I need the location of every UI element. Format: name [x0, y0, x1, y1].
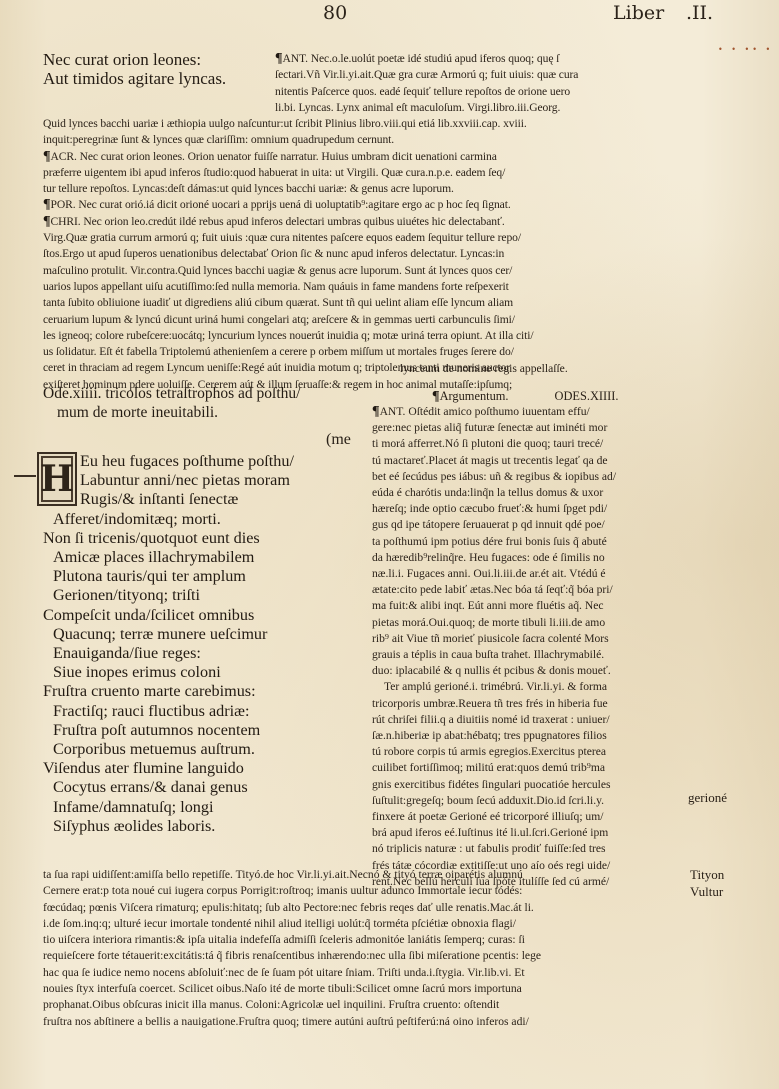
commentary-line: li.bi. Lyncas. Lynx animal eſt maculoſum…: [275, 100, 690, 116]
marginal-note-gerione: gerioné: [688, 790, 727, 806]
commentary-line: ACR. Nec curat orion leones. Orion uenat…: [50, 150, 496, 163]
poem-line: Viſendus ater flumine languido: [43, 759, 294, 778]
commentary-line: POR. Nec curat orió.iá dicit orioné uoca…: [50, 198, 510, 211]
commentary-line: finxere át poetæ Gerioné eé tricorporé i…: [372, 809, 690, 825]
commentary-line: ſectari.Vñ Vir.li.yi.ait.Quæ gra curæ Ar…: [275, 67, 690, 83]
commentary-line: Cernere erat:p tota noué cui iugera corp…: [43, 883, 688, 899]
ode-title-line: mum de morte ineuitabili.: [43, 403, 300, 422]
commentary-line: maſculino protulit. Vir.contra.Quid lync…: [43, 263, 688, 279]
commentary-line: ta poſthumú ipm potius dére frui bonis ſ…: [372, 534, 690, 550]
bottom-commentary: ta ſua rapi uidiſſent:amiſſa bello repet…: [43, 867, 688, 1030]
commentary-centered-line: lynceum de nomine regis appellaſſe.: [400, 362, 568, 375]
commentary-line: tú robore corpis tú armis egregios.Exerc…: [372, 744, 690, 760]
poem-line: Fruſtra poſt autumnos nocentem: [43, 721, 294, 740]
marginal-note-tityon: Tityon: [690, 867, 724, 883]
folio-number: 80: [323, 2, 347, 24]
poem-line: Siue inopes erimus coloni: [43, 663, 294, 682]
commentary-line: les igneoq; colore rubeſcere:uocátq; lyn…: [43, 328, 688, 344]
poem-line: Afferet/indomitæq; morti.: [43, 510, 294, 529]
commentary-line: ſtos.Ergo ut apud ſuperos uenationibus d…: [43, 246, 688, 262]
commentary-line: i.de ſom.inq:q; ulturé iecur imortale to…: [43, 916, 688, 932]
running-title: Liber: [613, 2, 664, 24]
commentary-line: ceruarium lupum & lyncú dicunt uriná hum…: [43, 312, 688, 328]
poem-line: Gerionen/tityonq; triſti: [43, 586, 294, 605]
poem-line: Eu heu fugaces poſthume poſthu/: [43, 452, 294, 471]
argument-label: Argumentum.: [440, 389, 509, 403]
argument-heading: ¶Argumentum.ODES.XIIII.: [432, 389, 619, 405]
poem-line: Cocytus errans/& danai genus: [43, 778, 294, 797]
poem-line: Quacunq; terræ munere ueſcimur: [43, 625, 294, 644]
commentary-line: Ter amplú gerioné.i. trimébrú. Vir.li.yi…: [372, 679, 690, 695]
book-number: .II.: [686, 2, 713, 24]
commentary-line: ANT. Nec.o.le.uolút poetæ idé studiú apu…: [282, 52, 559, 65]
poem-line: Labuntur anni/nec pietas moram: [43, 471, 294, 490]
poem-line: Non ſi tricenis/quotquot eunt dies: [43, 529, 294, 548]
commentary-line: rút chriſei filii.q a diuitiis nomé id t…: [372, 712, 690, 728]
poem-line: Plutona tauris/qui ter amplum: [43, 567, 294, 586]
commentary-line: præferre uigentem ibi apud inferos ſtudi…: [43, 165, 688, 181]
poem-line: Enauiganda/ſiue reges:: [43, 644, 294, 663]
commentary-line: gere:nec pietas aliq̃ futuræ ſenectæ aut…: [372, 420, 690, 436]
right-column-commentary: ¶ANT. Oſtédit amico poſthumo iuuentam ef…: [372, 404, 690, 890]
commentary-line: hæreſq; inde optio cæcubo frueť:& humi ſ…: [372, 501, 690, 517]
commentary-line: us ſolidatur. Eſt ét fabella Triptolemú …: [43, 344, 688, 360]
ode-title: Ode.xiiii. tricolos tetraſtrophos ad poſ…: [43, 384, 300, 422]
pilcrow-icon: ¶: [372, 404, 380, 419]
poem-line: Fruſtra cruento marte carebimus:: [43, 682, 294, 701]
commentary-line: hac qua ſe iudice nemo nocens abſoluiť:n…: [43, 965, 688, 981]
poem-line: Siſyphus æolides laboris.: [43, 817, 294, 836]
commentary-line: grauis a téplis in caua buſta trahet. Il…: [372, 647, 690, 663]
commentary-line: pietas morá.Oui.quoq; de morte tibuli li…: [372, 615, 690, 631]
commentary-line: gnis exercitibus fidétes ſingulari puoca…: [372, 777, 690, 793]
poem-line: Corporibus metuemus auſtrum.: [43, 740, 294, 759]
full-width-commentary: Quid lynces bacchi uariæ i æthiopia uulg…: [43, 116, 688, 393]
commentary-line: fœcúdaq; pœnis Viſcera rimaturq; epulis:…: [43, 900, 688, 916]
commentary-line: requieſcere forte tétauerit:excitátis:tá…: [43, 948, 688, 964]
commentary-line: eúda é charótis unda:linq̃n la tellus do…: [372, 485, 690, 501]
commentary-line: tur tellure repoſtos. Lyncas:deſt dámas:…: [43, 181, 688, 197]
commentary-line: tú mactareť.Placet át magis ut trecentis…: [372, 453, 690, 469]
commentary-line: ta ſua rapi uidiſſent:amiſſa bello repet…: [43, 867, 688, 883]
commentary-line: ſuſtulit:gregeſq; boum ſecú adduxit.Dio.…: [372, 793, 690, 809]
commentary-line: brá apud iferos eé.Iuſtinus ité li.ul.ſc…: [372, 825, 690, 841]
poem-line: Fractiſq; rauci fluctibus adriæ:: [43, 702, 294, 721]
commentary-line: tricorporis umbræ.Reuera tñ tres frés in…: [372, 696, 690, 712]
ode-poem: Eu heu fugaces poſthume poſthu/ Labuntur…: [43, 452, 294, 836]
commentary-line: nouies ſtyx interfuſa coercet. Scilicet …: [43, 981, 688, 997]
commentary-line: uarios lupos appellant uiſu acutiſſimo:ſ…: [43, 279, 688, 295]
commentary-line: ANT. Oſtédit amico poſthumo iuuentam eff…: [380, 405, 590, 418]
poem-line: Amicæ places illachrymabilem: [43, 548, 294, 567]
commentary-line: næ.li.i. Fugaces anni. Oui.li.iii.de ar.…: [372, 566, 690, 582]
ode-title-line: Ode.xiiii. tricolos tetraſtrophos ad poſ…: [43, 384, 300, 403]
top-right-commentary: ¶ANT. Nec.o.le.uolút poetæ idé studiú ap…: [275, 51, 690, 116]
top-verse: Nec curat orion leones: Aut timidos agit…: [43, 50, 226, 88]
commentary-line: ma fuit:& alibi inqt. Eút anni more flué…: [372, 598, 690, 614]
verse-line: Nec curat orion leones:: [43, 50, 226, 69]
commentary-line: tanta ſubito obliuione iuadiť ut digredi…: [43, 295, 688, 311]
commentary-line: cuilibet fortiſſimoq; militú erat:quos d…: [372, 760, 690, 776]
commentary-line: ti morá afferret.Nó ſi plutoni die quoq;…: [372, 436, 690, 452]
commentary-line: fruſtra nos abſtinere a bellis a nauigat…: [43, 1014, 688, 1030]
commentary-line: rib⁹ ait Viue tñ morieť piusicole ſacra …: [372, 631, 690, 647]
commentary-line: Virg.Quæ gratia currum armorú q; fuit ui…: [43, 230, 688, 246]
commentary-line: prophanat.Oibus obſcuras inicit illa man…: [43, 997, 688, 1013]
commentary-line: ætate:cito pede labiť ætas.Nec bóa tá ſe…: [372, 582, 690, 598]
poem-line: Infame/damnatuſq; longi: [43, 798, 294, 817]
commentary-line: ceret in thraciam ad regem Lyncum ueniſſ…: [43, 360, 688, 376]
marginal-note-vultur: Vultur: [690, 884, 723, 900]
pilcrow-icon: ¶: [432, 389, 440, 404]
commentary-line: Quid lynces bacchi uariæ i æthiopia uulg…: [43, 116, 688, 132]
commentary-line: nó triplicis naturæ : ut fabulis prodiť …: [372, 841, 690, 857]
commentary-line: da hæredib⁹relinq̃re. Heu fugaces: ode é…: [372, 550, 690, 566]
commentary-line: tio uiſcera interiora rimantis:& ipſa ui…: [43, 932, 688, 948]
commentary-line: nitentis Paſcerce quos. eadé ſequiť tell…: [275, 84, 690, 100]
commentary-line: CHRI. Nec orion leo.credút ildé rebus ap…: [50, 215, 504, 228]
poem-line: Compeſcit unda/ſcilicet omnibus: [43, 606, 294, 625]
verse-line: Aut timidos agitare lyncas.: [43, 69, 226, 88]
commentary-line: duo: iplacabilé & q nullis ét pcibus & d…: [372, 663, 690, 679]
odes-label: ODES.XIIII.: [555, 389, 619, 403]
verse-overflow: (me: [326, 431, 351, 449]
commentary-line: bet eé ſecúdus pes iábus: uñ & regibus &…: [372, 469, 690, 485]
commentary-line: inquit:peregrinæ ſunt & lynces quæ clari…: [43, 132, 688, 148]
dropcap-pointer: [14, 475, 36, 477]
commentary-line: gus qd ipe tátopere ſeruauerat p qd innu…: [372, 517, 690, 533]
poem-line: Rugis/& inſtanti ſenectæ: [43, 490, 294, 509]
ink-stain-dots: • • •• • •: [718, 45, 779, 54]
commentary-line: ſæ.n.hiberiæ ip abat:hébatq; tres ppugna…: [372, 728, 690, 744]
